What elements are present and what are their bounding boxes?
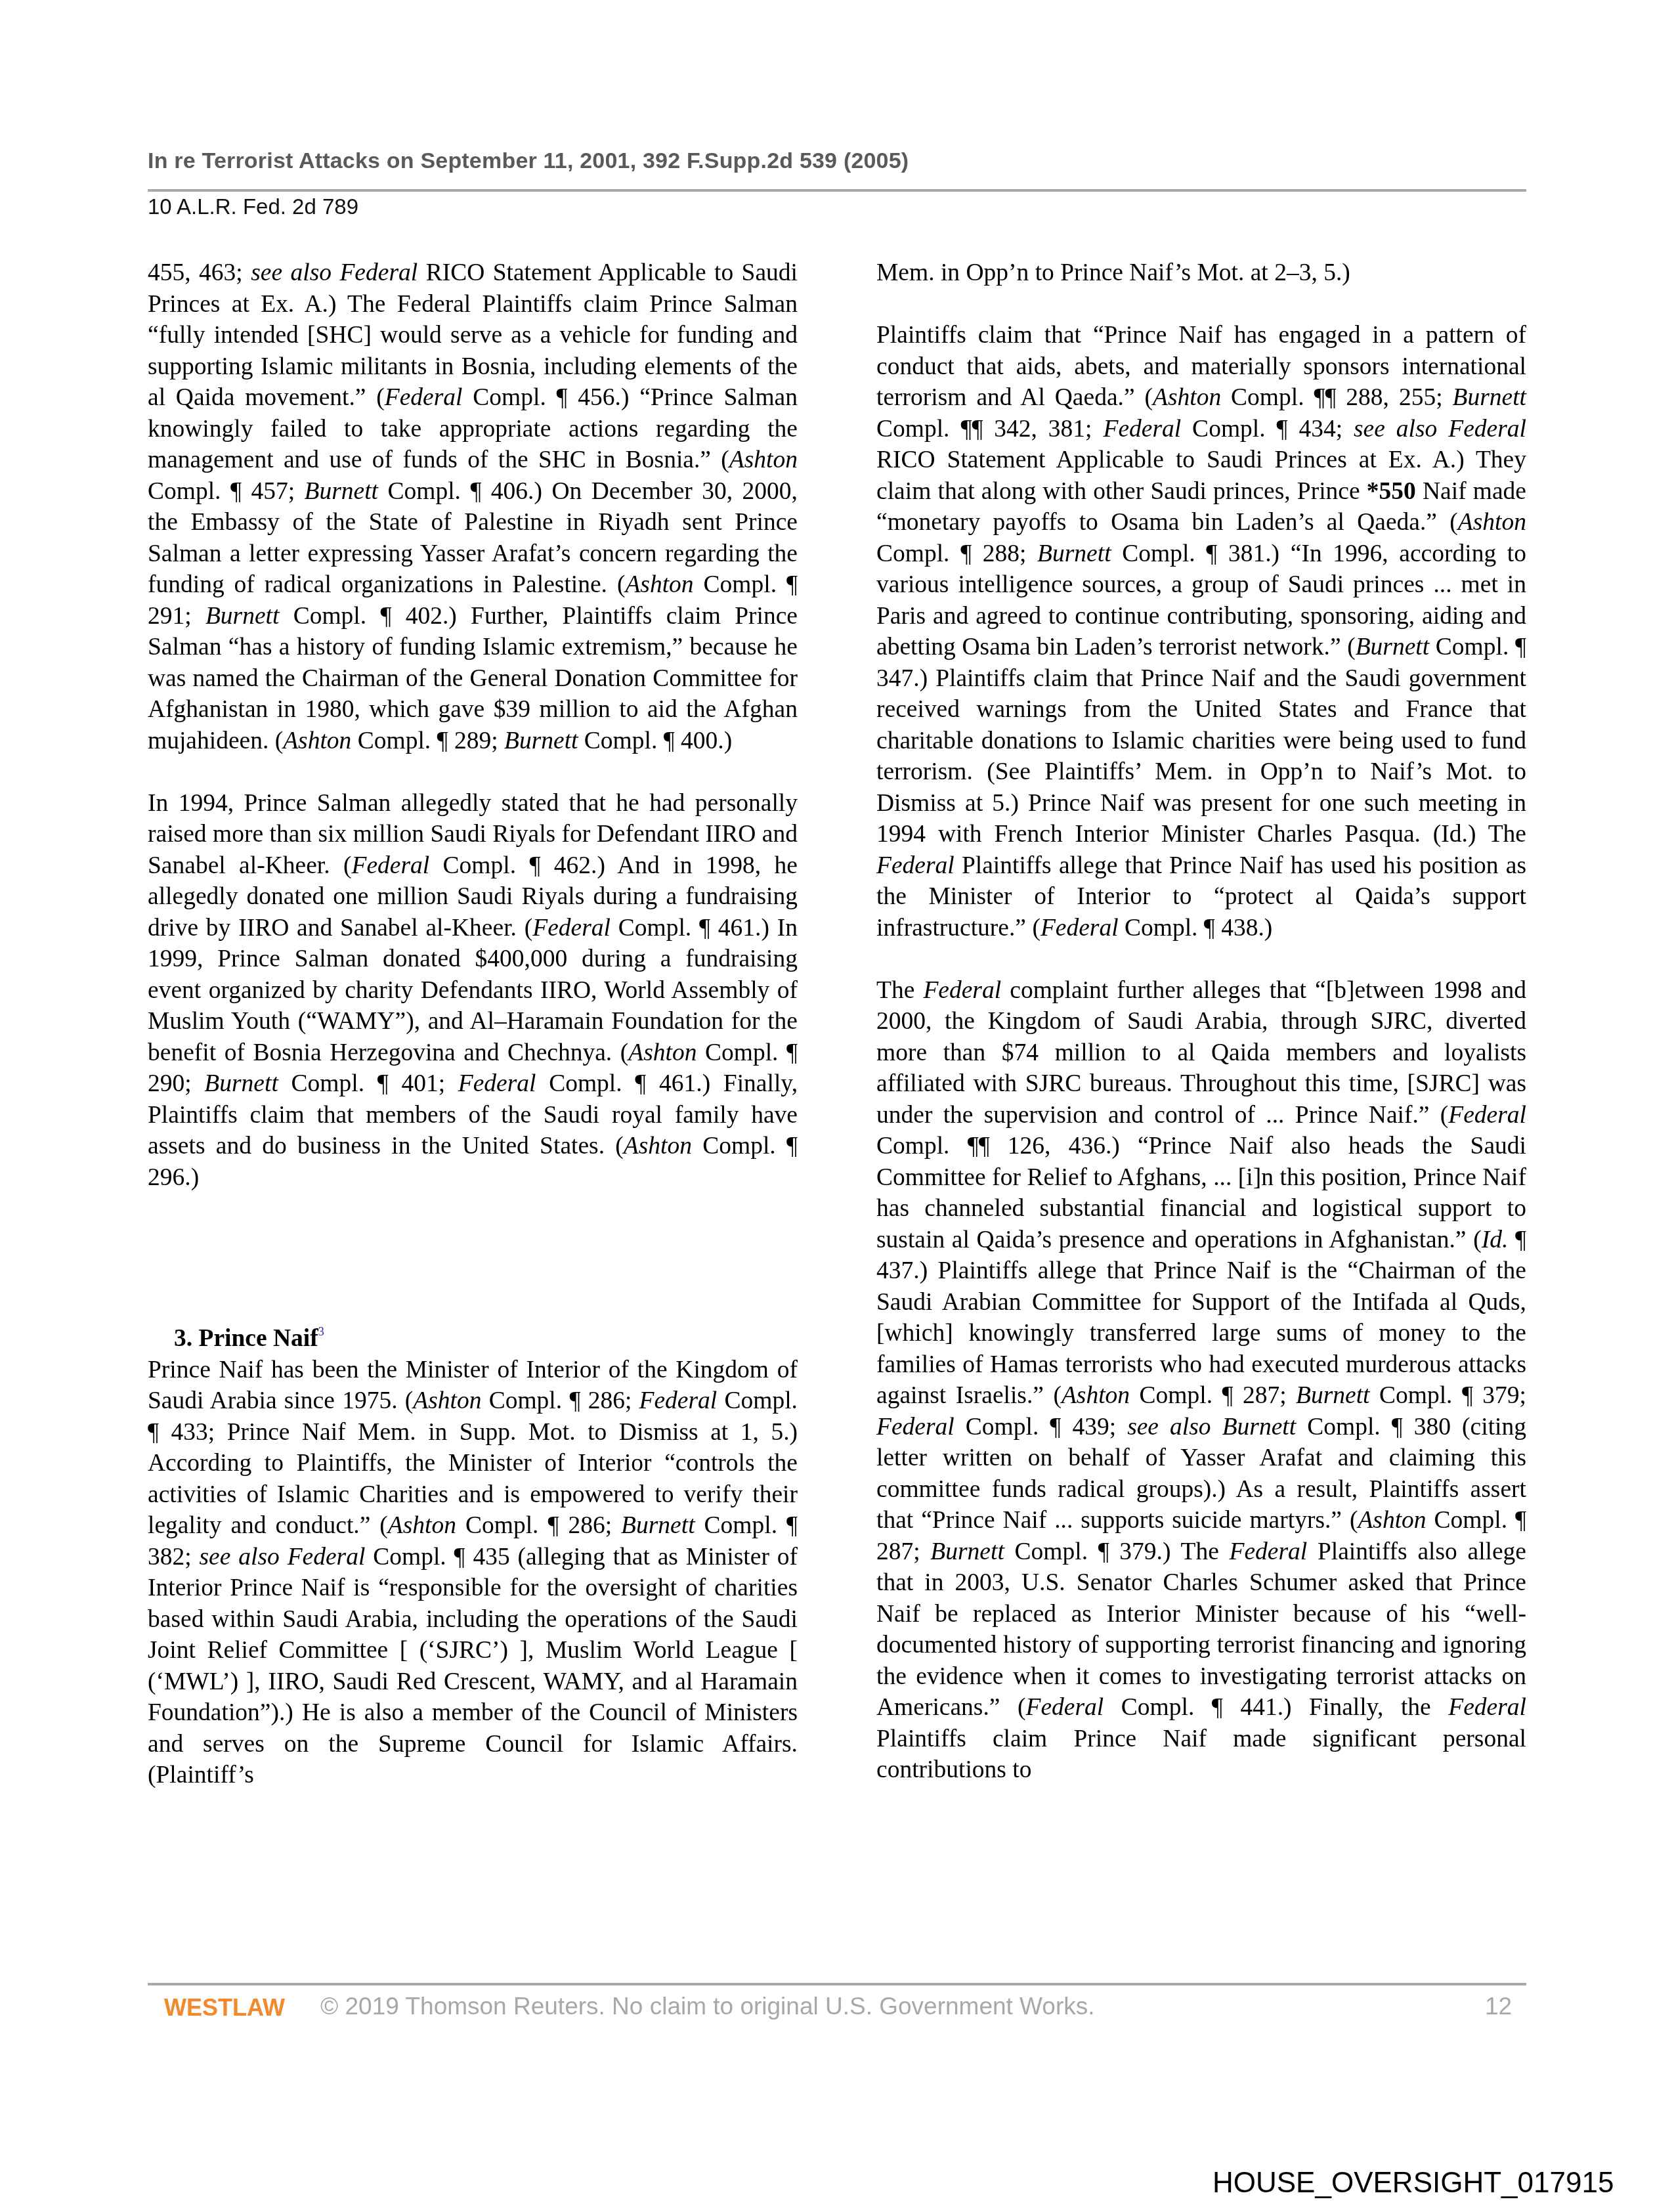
text-run: Compl. ¶¶ 126, 436.) “Prince Naif also h…: [876, 1133, 1526, 1253]
text-run: Compl. ¶¶ 342, 381;: [876, 416, 1103, 443]
italic-run: Ashton: [1358, 1507, 1426, 1534]
italic-run: Federal: [1103, 416, 1181, 443]
italic-run: see also Burnett: [1127, 1414, 1296, 1441]
text-run: Compl. ¶ 286;: [481, 1387, 639, 1414]
italic-run: Ashton: [1458, 509, 1526, 536]
text-run: 455, 463;: [148, 259, 251, 286]
footer-divider: [148, 1983, 1526, 1985]
westlaw-logo: WESTLAW: [164, 1994, 285, 2022]
paragraph: Mem. in Opp’n to Prince Naif’s Mot. at 2…: [876, 257, 1526, 289]
italic-run: Federal: [876, 852, 955, 879]
italic-run: Federal: [1041, 915, 1119, 942]
italic-run: Federal: [532, 915, 611, 942]
italic-run: Federal: [1448, 1694, 1526, 1721]
italic-run: Federal: [923, 977, 1001, 1004]
text-run: Compl. ¶ 288;: [876, 540, 1037, 567]
bates-number: HOUSE_OVERSIGHT_017915: [1213, 2167, 1614, 2200]
text-run: Mem. in Opp’n to Prince Naif’s Mot. at 2…: [876, 259, 1350, 286]
text-run: Compl. ¶ 401;: [278, 1070, 458, 1097]
italic-run: Ashton: [628, 1039, 697, 1066]
paragraph: 455, 463; see also Federal RICO Statemen…: [148, 257, 798, 756]
italic-run: Federal: [1026, 1694, 1104, 1721]
footnote-link[interactable]: 3: [318, 1325, 324, 1338]
italic-run: Federal: [458, 1070, 536, 1097]
italic-run: Ashton: [625, 571, 693, 598]
text-run: Compl. ¶ 347.) Plaintiffs claim that Pri…: [876, 634, 1526, 848]
italic-run: Id.: [1482, 1226, 1509, 1253]
italic-run: Burnett: [1453, 384, 1526, 411]
italic-run: see also Federal: [200, 1544, 366, 1571]
italic-run: Burnett: [305, 478, 378, 505]
text-run: Compl. ¶ 441.) Finally, the: [1104, 1694, 1448, 1721]
section-heading-text: 3. Prince Naif: [174, 1325, 318, 1352]
italic-run: Burnett: [621, 1512, 695, 1539]
text-run: Compl. ¶¶ 288, 255;: [1221, 384, 1452, 411]
text-run: Compl. ¶ 400.): [578, 727, 732, 754]
text-run: The: [876, 977, 923, 1004]
text-run: Compl. ¶ 457;: [148, 478, 305, 505]
italic-run: Ashton: [283, 727, 351, 754]
italic-run: Federal: [351, 852, 429, 879]
italic-run: Burnett: [1296, 1382, 1369, 1409]
italic-run: Federal: [1229, 1538, 1307, 1565]
section-heading: 3. Prince Naif3: [148, 1316, 798, 1355]
text-run: Compl. ¶ 379.) The: [1004, 1538, 1230, 1565]
italic-run: Ashton: [1062, 1382, 1130, 1409]
italic-run: Ashton: [624, 1133, 692, 1160]
italic-run: Federal: [876, 1414, 955, 1441]
text-run: Compl. ¶ 439;: [955, 1414, 1127, 1441]
copyright-notice: © 2019 Thomson Reuters. No claim to orig…: [320, 1993, 1095, 2020]
italic-run: Ashton: [729, 446, 798, 473]
italic-run: Burnett: [1037, 540, 1111, 567]
paragraph: In 1994, Prince Salman allegedly stated …: [148, 788, 798, 1194]
paragraph: Prince Naif has been the Minister of Int…: [148, 1355, 798, 1791]
italic-run: Ashton: [413, 1387, 481, 1414]
text-run: Plaintiffs claim Prince Naif made signif…: [876, 1725, 1526, 1784]
italic-run: Burnett: [930, 1538, 1004, 1565]
text-run: Compl. ¶ 438.): [1119, 915, 1273, 942]
text-run: Compl. ¶ 434;: [1181, 416, 1354, 443]
page-number: 12: [1485, 1993, 1512, 2020]
italic-run: see also Federal: [1354, 416, 1526, 443]
italic-run: see also Federal: [251, 259, 418, 286]
document-title: In re Terrorist Attacks on September 11,…: [148, 148, 909, 174]
italic-run: Ashton: [388, 1512, 456, 1539]
text-run: Compl. ¶ 289;: [351, 727, 504, 754]
star-page-marker: *550: [1367, 478, 1416, 505]
document-citation: 10 A.L.R. Fed. 2d 789: [148, 194, 358, 219]
right-column: Mem. in Opp’n to Prince Naif’s Mot. at 2…: [876, 257, 1526, 1786]
header-divider: [148, 189, 1526, 192]
paragraph: Plaintiffs claim that “Prince Naif has e…: [876, 320, 1526, 943]
text-run: Compl. ¶ 287;: [1130, 1382, 1296, 1409]
italic-run: Burnett: [204, 1070, 278, 1097]
italic-run: Burnett: [504, 727, 578, 754]
italic-run: Ashton: [1153, 384, 1221, 411]
italic-run: Burnett: [1356, 634, 1429, 661]
text-run: Compl. ¶ 435 (alleging that as Minister …: [148, 1544, 798, 1789]
italic-run: Federal: [1448, 1102, 1526, 1129]
italic-run: Federal: [385, 384, 463, 411]
paragraph: The Federal complaint further alleges th…: [876, 975, 1526, 1786]
text-run: Compl. ¶ 379;: [1370, 1382, 1527, 1409]
italic-run: Burnett: [205, 603, 279, 630]
italic-run: Federal: [639, 1387, 718, 1414]
left-column: 455, 463; see also Federal RICO Statemen…: [148, 257, 798, 1791]
text-run: Compl. ¶ 286;: [456, 1512, 621, 1539]
